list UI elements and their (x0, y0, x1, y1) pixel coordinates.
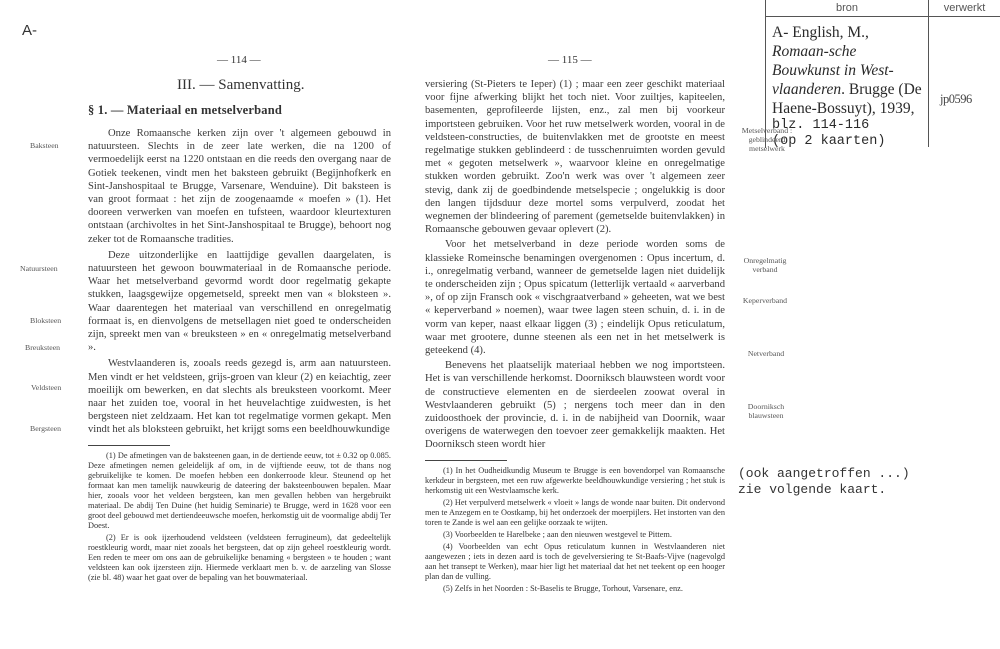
margin-note-geblindeerd-metselwerk: Metselverband : geblindeerd metselwerk (732, 126, 802, 153)
margin-note-keperverband: Keperverband (733, 296, 797, 305)
paragraph: versiering (St-Pieters te Ieper) (1) ; m… (425, 78, 725, 236)
right-page-body: versiering (St-Pieters te Ieper) (1) ; m… (425, 78, 725, 596)
processed-cell (929, 17, 1000, 147)
margin-note-natuursteen: Natuursteen (20, 264, 58, 273)
paragraph: Benevens het plaatselijk materiaal hebbe… (425, 359, 725, 451)
left-footnotes: (1) De afmetingen van de baksteenen gaan… (88, 451, 391, 583)
paragraph: Westvlaanderen is, zooals reeds gezegd i… (88, 357, 391, 436)
left-page-body: Onze Romaansche kerken zijn over 't alge… (88, 127, 391, 585)
footnote-divider (88, 445, 170, 446)
margin-note-onregelmatig-verband: Onregelmatig verband (735, 256, 795, 274)
footnote: (1) De afmetingen van de baksteenen gaan… (88, 451, 391, 531)
margin-note-bergsteen: Bergsteen (30, 424, 61, 433)
footnote-divider (425, 460, 507, 461)
paragraph: Voor het metselverband in deze periode w… (425, 238, 725, 357)
card-label: A- (22, 22, 37, 39)
footnote: (2) Er is ook ijzerhoudend veldsteen (ve… (88, 533, 391, 583)
paragraph: Deze uitzonderlijke en laattijdige geval… (88, 249, 391, 355)
processed-id: jp0596 (940, 92, 972, 107)
margin-note-breuksteen: Breuksteen (25, 343, 60, 352)
footnote: (5) Zelfs in het Noorden : St-Baselis te… (425, 584, 725, 594)
footnote: (4) Voorbeelden van echt Opus reticulatu… (425, 542, 725, 582)
chapter-title: III. — Samenvatting. (177, 77, 304, 94)
footnote: (3) Voorbeelden te Harelbeke ; aan den n… (425, 530, 725, 540)
typed-note-line-1: (ook aangetroffen ...) (738, 466, 910, 481)
section-title: § 1. — Materiaal en metselverband (88, 103, 282, 118)
typed-note: (ook aangetroffen ...) zie volgende kaar… (738, 466, 910, 498)
page-number-left: — 114 — (217, 54, 261, 66)
footnote: (2) Het verpulverd metselwerk « vloeit »… (425, 498, 725, 528)
source-author: A- English, M., (772, 24, 869, 41)
margin-note-bloksteen: Bloksteen (30, 316, 61, 325)
margin-note-baksteen: Baksteen (30, 141, 59, 150)
typed-note-line-2: zie volgende kaart. (738, 482, 886, 497)
page-number-right: — 115 — (548, 54, 592, 66)
column-header-processed: verwerkt (929, 0, 1000, 16)
reference-table-header: bron verwerkt (766, 0, 1000, 17)
right-footnotes: (1) In het Oudheidkundig Museum te Brugg… (425, 466, 725, 594)
column-header-source: bron (766, 0, 929, 16)
footnote: (1) In het Oudheidkundig Museum te Brugg… (425, 466, 725, 496)
margin-note-veldsteen: Veldsteen (31, 383, 61, 392)
paragraph: Onze Romaansche kerken zijn over 't alge… (88, 127, 391, 246)
margin-note-netverband: Netverband (738, 349, 794, 358)
margin-note-doorniksch-blauwsteen: Doorniksch blauwsteen (736, 402, 796, 420)
